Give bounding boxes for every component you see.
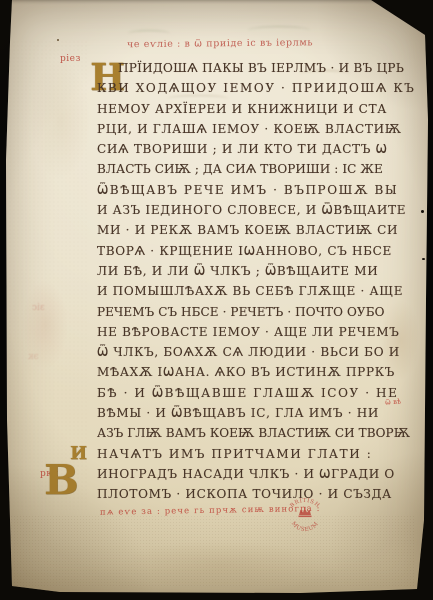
text-line: ВЛАСТЬ СИѬ ; ДА СИѦ ТВОРИШИ : ІС ЖЕ — [97, 159, 393, 179]
text-line: ТВОРѦ · КРЩЕНИЕ ІѠАННОВО, СЪ НБСЕ — [97, 241, 393, 261]
ink-speck — [57, 39, 59, 41]
photo-background: че еѵліе : в ѿ приіде іс въ іерлмь ріез … — [0, 0, 433, 600]
manuscript-page: че еѵліе : в ѿ приіде іс въ іерлмь ріез … — [0, 0, 433, 600]
parchment-grain — [10, 515, 415, 587]
text-line: МИ · И РЕКѪ ВАМЪ КОЕѬ ВЛАСТИѬ СИ — [97, 220, 393, 240]
text-line: ИНОГРАДЪ НАСАДИ ЧЛКЪ · И ѠГРАДИ О — [97, 464, 393, 484]
ink-speck — [421, 210, 424, 213]
text-line: ПЛОТОМЪ · ИСКОПА ТОЧИЛО · И СЪЗДА — [97, 484, 393, 504]
text-line: МѢАХѪ ІѠАНА. ѦКО ВЪ ИСТИНѪ ПРРКЪ — [97, 362, 393, 382]
ink-offset-ghost: эк — [28, 352, 39, 362]
svg-text:MUSEUM: MUSEUM — [290, 521, 320, 532]
text-line: И АЗЪ ІЕДИНОГО СЛОВЕСЕ, И ѾВѢЩАИТЕ — [97, 200, 393, 220]
stain — [120, 540, 320, 590]
text-line: НАЧѦТЪ ИМЪ ПРИТЧАМИ ГЛАТИ : — [97, 444, 393, 464]
stain — [30, 60, 90, 180]
text-block: ПРЇИДОШѦ ПАКЫ ВЪ ІЕРЛМЪ · И ВЪ ЦРЬ КВИ Х… — [97, 58, 393, 505]
text-line: ВѢМЫ · И ѾВѢЩАВЪ ІС, ГЛА ИМЪ · НИ — [97, 403, 393, 423]
text-line: НЕ ВѢРОВАСТЕ ІЕМОУ · АЩЕ ЛИ РЕЧЕМЪ — [97, 322, 393, 342]
margin-note-chapter-top: ріез — [60, 54, 81, 64]
stamp-text-bottom: MUSEUM — [290, 521, 320, 532]
text-line: ЛИ БѢ, И ЛИ Ѿ ЧЛКЪ ; ѾВѢЩАИТЕ МИ — [97, 261, 393, 281]
british-museum-stamp: BRITISH MUSEUM — [286, 498, 324, 532]
text-line: АЗЪ ГЛѬ ВАМЪ КОЕѬ ВЛАСТИѬ СИ ТВОРѬ — [97, 423, 393, 443]
text-line: ѾВѢЩАВЪ РЕЧЕ ИМЪ · ВЪПРОШѪ ВЫ — [97, 180, 393, 200]
parchment-grain — [8, 40, 88, 510]
text-line: И ПОМЫШЛѢАХѪ ВЬ СЕБѢ ГЛѪЩЕ · АЩЕ — [97, 281, 393, 301]
illuminated-initial-V: В — [44, 460, 79, 501]
text-line: БѢ · И ѾВѢЩАВШЕ ГЛАШѪ ІСОУ · НЕ — [97, 383, 393, 403]
text-line: КВИ ХОДѦЩОУ ІЕМОУ · ПРИИДОШѦ КЪ — [97, 78, 393, 98]
smudge — [248, 26, 310, 35]
crown-icon — [299, 507, 312, 517]
text-line: Ѿ ЧЛКЪ, БОѦХѪ СѦ ЛЮДИИ · ВЬСИ БО И — [97, 342, 393, 362]
text-line: РЕЧЕМЪ СЪ НБСЕ · РЕЧЕТЪ · ПОЧТО ОУБО — [97, 302, 393, 322]
footer-rubric: пѧ еѵе за : рече гь прчѫ сиѭ виногра : — [100, 504, 300, 517]
ink-offset-ghost: зіс — [32, 303, 45, 313]
text-line: ПРЇИДОШѦ ПАКЫ ВЪ ІЕРЛМЪ · И ВЪ ЦРЬ — [97, 58, 393, 78]
text-line: РЦИ, И ГЛАШѦ ІЕМОУ · КОЕѬ ВЛАСТИѬ — [97, 119, 393, 139]
text-line: СИѦ ТВОРИШИ ; И ЛИ КТО ТИ ДАСТЪ Ѡ — [97, 139, 393, 159]
smudge — [128, 30, 170, 37]
ink-speck — [422, 258, 425, 260]
text-line: НЕМОУ АРХЇЕРЕИ И КНИЖНИЦИ И СТА — [97, 99, 393, 119]
header-rubric: че еѵліе : в ѿ приіде іс въ іерлмь — [127, 37, 357, 50]
